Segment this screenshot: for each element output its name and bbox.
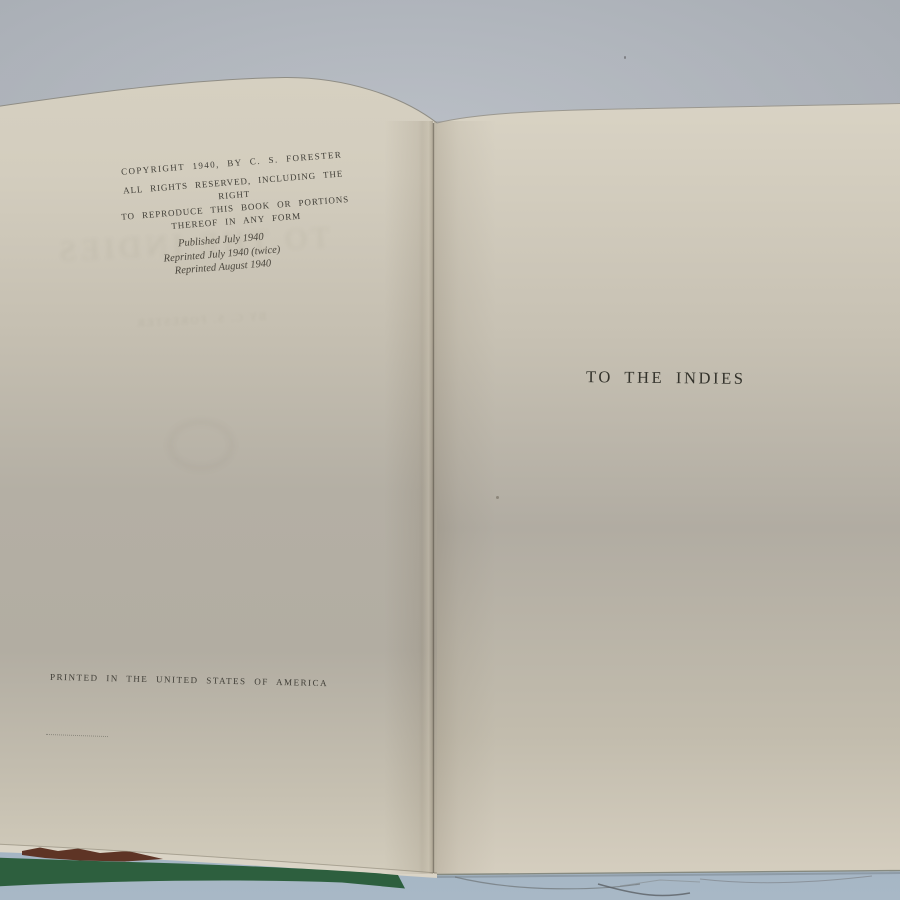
thread-2 bbox=[598, 884, 690, 896]
thread-3 bbox=[700, 876, 872, 883]
gutter-fold-highlight bbox=[422, 121, 433, 874]
gutter-shadow-right bbox=[434, 121, 496, 874]
dust-speck bbox=[496, 496, 499, 499]
open-book-graphic bbox=[0, 0, 900, 900]
wall-speck bbox=[624, 56, 626, 59]
show-through-emblem bbox=[168, 420, 234, 470]
book-photo-scene: TO THE INDIES BY C. S. FORESTER COPYRIGH… bbox=[0, 0, 900, 900]
thread-1 bbox=[455, 877, 640, 889]
right-page bbox=[437, 104, 900, 875]
half-title: TO THE INDIES bbox=[586, 367, 746, 389]
